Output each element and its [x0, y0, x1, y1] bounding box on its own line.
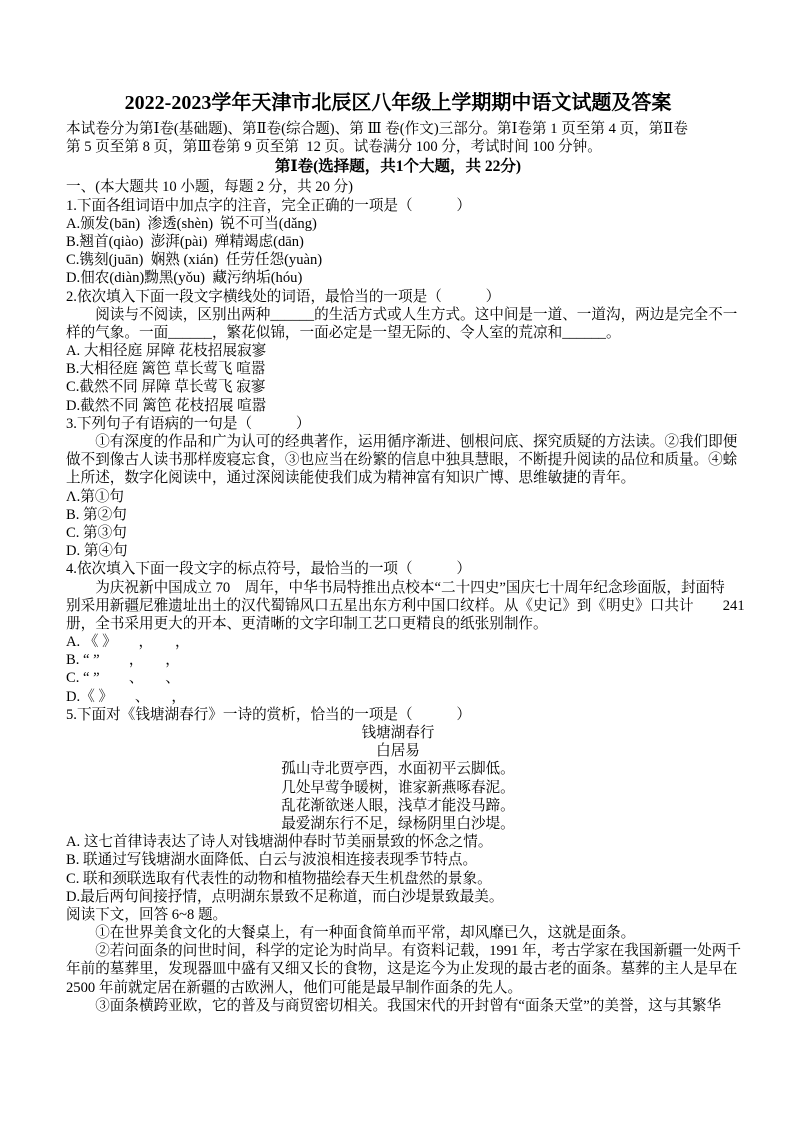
poem-title: 钱塘湖春行 [66, 724, 730, 742]
question-5-option-c: C. 联和颈联选取有代表性的动物和植物描绘春天生机盘然的景象。 [66, 870, 730, 888]
reading-passage-para-2-line-2: 年前的墓葬里，发现器皿中盛有又细又长的食物，这是迄今为止发现的最古老的面条。墓葬… [66, 960, 730, 978]
question-2-option-b: B.大相径庭 篱笆 草长莺飞 喧嚣 [66, 360, 730, 378]
question-3-option-b: B. 第②句 [66, 506, 730, 524]
question-3-passage-line-3: 上所述，数字化阅读中，通过深阅读能使我们成为精神富有知识广博、思维敏捷的青年。 [66, 469, 730, 487]
doc-title: 2022-2023学年天津市北辰区八年级上学期期中语文试题及答案 [66, 90, 730, 120]
reading-instruction: 阅读下文，回答 6~8 题。 [66, 906, 730, 924]
question-3-option-c: C. 第③句 [66, 524, 730, 542]
question-4-option-c: C. “ ” 、 、 [66, 669, 730, 687]
reading-passage-para-3: ③面条横跨亚欧，它的普及与商贸密切相关。我国宋代的开封曾有“面条天堂”的美誉，这… [66, 997, 730, 1015]
question-4-passage-line-1: 为庆祝新中国成立 70 周年，中华书局特推出点校本“二十四史”国庆七十周年纪念珍… [66, 579, 730, 597]
question-5-option-d: D.最后两句间接抒情，点明湖东景致不足称道，而白沙堤景致最美。 [66, 888, 730, 906]
poem-line-2: 几处早莺争暖树，谁家新燕啄春泥。 [66, 779, 730, 797]
question-1-option-a: A.颁发(bān) 渗透(shèn) 锐不可当(dǎng) [66, 215, 730, 233]
question-1-option-c: C.镌刻(juān) 娴熟 (xián) 任劳任怨(yuàn) [66, 251, 730, 269]
question-3-passage-line-1: ①有深度的作品和广为认可的经典著作，运用循序渐进、刨根问底、探究质疑的方法读。②… [66, 433, 730, 451]
question-3-passage-line-2: 做不到像古人读书那样废寝忘食，③也应当在纷繁的信息中独具慧眼，不断提升阅读的品位… [66, 451, 730, 469]
question-5-stem: 5.下面对《钱塘湖春行》一诗的赏析，恰当的一项是（ ） [66, 706, 730, 724]
section-1-header: 第Ⅰ卷(选择题，共1个大题，共 22分) [66, 156, 730, 178]
question-3-stem: 3.下列句子有语病的一句是（ ） [66, 415, 730, 433]
question-2-option-c: C.截然不同 屏障 草长莺飞 寂寥 [66, 378, 730, 396]
question-4-option-b: B. “ ” ， ， [66, 651, 730, 669]
question-5-option-b: B. 联通过写钱塘湖水面降低、白云与波浪相连接表现季节特点。 [66, 851, 730, 869]
question-2-option-d: D.截然不同 篱笆 花枝招展 喧嚣 [66, 397, 730, 415]
question-2-passage-line-2: 样的气象。一面______，繁花似锦，一面必定是一望无际的、令人室的荒凉和___… [66, 324, 730, 342]
question-3-option-d: D. 第④句 [66, 542, 730, 560]
poem-author: 白居易 [66, 742, 730, 760]
question-2-passage-line-1: 阅读与不阅读，区别出两种______的生活方式或人生方式。这中间是一道、一道沟，… [66, 306, 730, 324]
reading-passage-para-2-line-3: 2500 年前就定居在新疆的古欧洲人，他们可能是最早制作面条的先人。 [66, 979, 730, 997]
reading-passage-para-2-line-1: ②若问面条的问世时间，科学的定论为时尚早。有资料记载，1991 年，考古学家在我… [66, 942, 730, 960]
question-1-stem: 1.下面各组词语中加点字的注音，完全正确的一项是（ ） [66, 197, 730, 215]
question-4-option-a: A. 《 》 ， ， [66, 633, 730, 651]
poem-line-4: 最爱湖东行不足，绿杨阴里白沙堤。 [66, 815, 730, 833]
document-body: 2022-2023学年天津市北辰区八年级上学期期中语文试题及答案本试卷分为第Ⅰ卷… [66, 90, 730, 1015]
question-4-passage-line-3: 册，全书采用更大的开本、更清晰的文字印制工艺口更精良的纸张别制作。 [66, 615, 730, 633]
question-5-option-a: A. 这七首律诗表达了诗人对钱塘湖仲春时节美丽景致的怀念之情。 [66, 833, 730, 851]
question-4-stem: 4.依次填入下面一段文字的标点符号，最恰当的一项（ ） [66, 560, 730, 578]
question-4-option-d: D.《 》 、 ， [66, 688, 730, 706]
exam-page: 2022-2023学年天津市北辰区八年级上学期期中语文试题及答案本试卷分为第Ⅰ卷… [0, 0, 794, 1123]
poem-line-3: 乱花渐欲迷人眼，浅草才能没马蹄。 [66, 797, 730, 815]
question-1-option-b: B.翘首(qiào) 澎湃(pài) 殚精竭虑(dān) [66, 233, 730, 251]
question-2-option-a: A. 大相径庭 屏障 花枝招展寂寥 [66, 342, 730, 360]
question-1-option-d: D.佃农(diàn)黝黑(yǒu) 藏污纳垢(hóu) [66, 269, 730, 287]
question-3-option-a: Λ.第①句 [66, 488, 730, 506]
reading-passage-para-1: ①在世界美食文化的大餐桌上，有一种面食简单而平常，却风靡已久，这就是面条。 [66, 924, 730, 942]
section-1-intro: 一、(本大题共 10 小题，每题 2 分，共 20 分) [66, 178, 730, 196]
question-2-stem: 2.依次填入下面一段文字横线处的词语，最恰当的一项是（ ） [66, 288, 730, 306]
exam-info-line-1: 本试卷分为第Ⅰ卷(基础题)、第Ⅱ卷(综合题)、第 Ⅲ 卷(作文)三部分。第Ⅰ卷第… [66, 120, 730, 138]
poem-line-1: 孤山寺北贾亭西，水面初平云脚低。 [66, 760, 730, 778]
exam-info-line-2: 第 5 页至第 8 页，第Ⅲ卷第 9 页至第 12 页。试卷满分 100 分，考… [66, 138, 730, 156]
question-4-passage-line-2: 别采用新疆尼雅遗址出土的汉代蜀锦风口五星出东方利中国口纹样。从《史记》到《明史》… [66, 597, 730, 615]
